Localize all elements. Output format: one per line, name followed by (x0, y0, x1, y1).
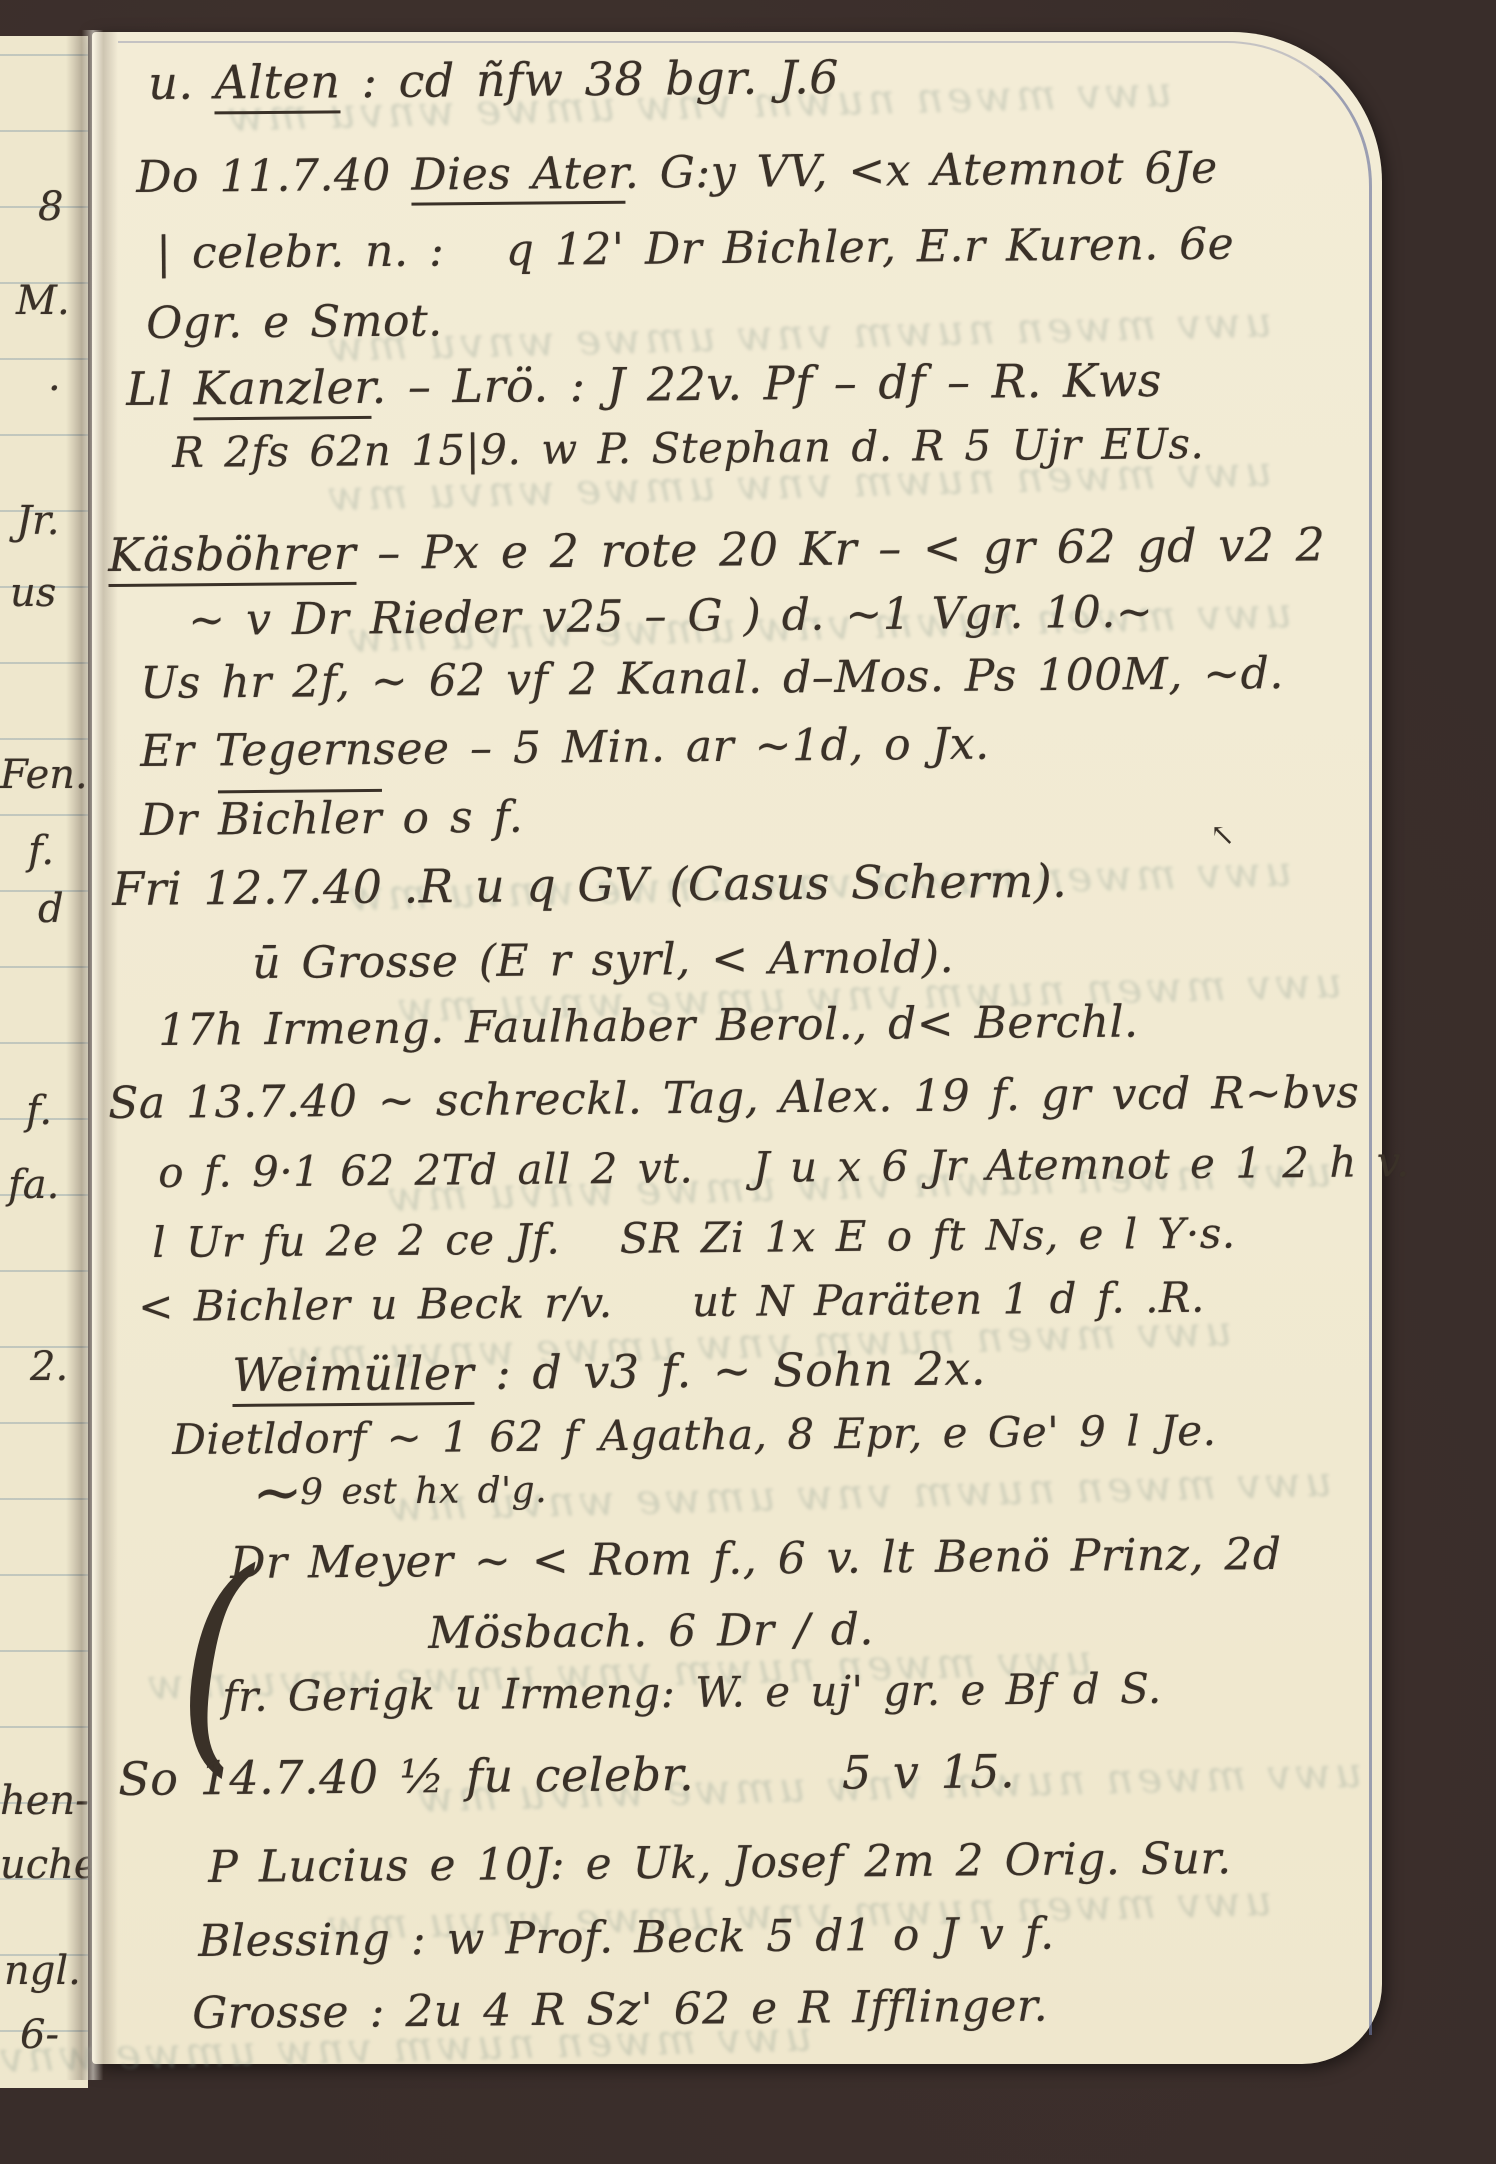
flourish-mark: ~ (252, 1458, 303, 1528)
handwritten-line: P Lucius e 10J: e Uk, Josef 2m 2 Orig. S… (208, 1833, 1232, 1893)
handwritten-line: Grosse : 2u 4 R Sz' 62 e R Ifflinger. (192, 1981, 1048, 2039)
handwritten-line: Er Tegernsee – 5 Min. ar ~1d, o Jx. (140, 719, 990, 777)
bleedthrough-ghost: uwv mwen nuwm vnw umwe wnvu mw (1041, 1748, 1362, 1805)
overlined-word: Bichler (218, 789, 383, 845)
facing-page-fragment: Fen. (0, 752, 88, 798)
handwritten-line: l Ur fu 2e 2 ce Jf. SR Zi 1x E o ft Ns, … (152, 1209, 1236, 1267)
handwritten-line: Dr Bichler o s f. (140, 792, 523, 846)
facing-page-fragment: f. (26, 1088, 52, 1134)
underlined-heading: Alten (214, 54, 340, 114)
handwritten-line: Do 11.7.40 Dies Ater. G:y VV, <x Atemnot… (136, 143, 1218, 203)
handwritten-line: Weimüller : d v3 f. ~ Sohn 2x. (232, 1341, 986, 1402)
handwritten-line: | celebr. n. : q 12' Dr Bichler, E.r Kur… (156, 219, 1234, 279)
diary-page: uwv mwen nuwm vnw umwe wnvu mw uwv mwen … (92, 32, 1382, 2064)
handwritten-line: Blessing : w Prof. Beck 5 d1 o J v f. (198, 1909, 1055, 1967)
bleedthrough-ghost: uwv mwen nuwm vnw umwe wnvu mw (931, 1457, 1332, 1516)
handwritten-line: fr. Gerigk u Irmeng: W. e uj' gr. e Bf d… (222, 1664, 1162, 1721)
handwritten-line: Sa 13.7.40 ~ schreckl. Tag, Alex. 19 f. … (108, 1067, 1360, 1129)
underlined-heading: Weimüller (232, 1346, 474, 1407)
facing-page-fragment: hen- (0, 1778, 89, 1824)
facing-page-edge: 8 M. · Jr. us Fen. f. d f. fa. 2. hen- u… (0, 36, 88, 2088)
handwritten-line: u. Alten : cd ñfw 38 bgr. J.6 (148, 50, 839, 110)
handwritten-line: Ll Kanzler. – Lrö. : J 22v. Pf – df – R.… (126, 353, 1162, 416)
facing-page-fragment: 2. (30, 1344, 68, 1390)
handwritten-line: Käsböhrer – Px e 2 rote 20 Kr – < gr 62 … (108, 517, 1326, 582)
facing-page-fragment: 8 (38, 184, 63, 230)
handwritten-line: Mösbach. 6 Dr / d. (428, 1604, 874, 1659)
handwritten-line: Ogr. e Smot. (146, 295, 443, 349)
facing-page-fragment: f. (28, 828, 54, 874)
bleedthrough-ghost: uwv mwen nuwm vnw umwe wnvu mw (791, 67, 1172, 126)
handwritten-line: Dr Meyer ~ < Rom f., 6 v. lt Benö Prinz,… (230, 1529, 1282, 1589)
underlined-heading: Dies Ater (411, 148, 625, 206)
insert-arrow-mark: ↖ (1210, 818, 1235, 853)
facing-page-fragment: M. (16, 278, 70, 324)
handwritten-line: ~ v Dr Rieder v25 – G ) d. ~1 Vgr. 10.~ (188, 587, 1153, 646)
facing-page-fragment: fa. (8, 1162, 59, 1208)
handwritten-line: R 2fs 62n 15|9. w P. Stephan d. R 5 Ujr … (172, 419, 1204, 477)
handwritten-line: So 14.7.40 ½ fu celebr. 5 v 15. (118, 1744, 1015, 1806)
handwritten-line: < Bichler u Beck r/v. ut N Paräten 1 d f… (138, 1273, 1205, 1331)
bleedthrough-ghost: uwv mwen nuwm vnw umwe wnvu mw (911, 297, 1272, 355)
handwritten-line: o f. 9·1 62 2Td all 2 vt. J u x 6 Jr Ate… (158, 1137, 1410, 1197)
underlined-heading: Kanzler (193, 360, 372, 421)
facing-page-fragment: d (38, 886, 64, 932)
handwritten-line: Fri 12.7.40 .R u q GV (Casus Scherm). (112, 854, 1067, 916)
handwritten-line: ū Grosse (E r syrl, < Arnold). (252, 932, 954, 989)
facing-page-fragment: Jr. (16, 498, 59, 544)
underlined-heading: Käsböhrer (108, 526, 356, 587)
handwritten-line: Us hr 2f, ~ 62 vf 2 Kanal. d–Mos. Ps 100… (140, 648, 1284, 709)
handwritten-line: 17h Irmeng. Faulhaber Berol., d< Berchl. (158, 996, 1139, 1056)
notebook-photo: 8 M. · Jr. us Fen. f. d f. fa. 2. hen- u… (0, 0, 1496, 2164)
handwritten-line: Dietldorf ~ 1 62 f Agatha, 8 Epr, e Ge' … (172, 1406, 1217, 1464)
facing-page-fragment: · (48, 366, 61, 412)
handwritten-line: 9 est hx d'g. (300, 1470, 547, 1513)
facing-page-fragment: ngl. (4, 1948, 81, 1994)
facing-page-fragment: 6- (20, 2012, 59, 2058)
facing-page-fragment: us (10, 570, 56, 616)
